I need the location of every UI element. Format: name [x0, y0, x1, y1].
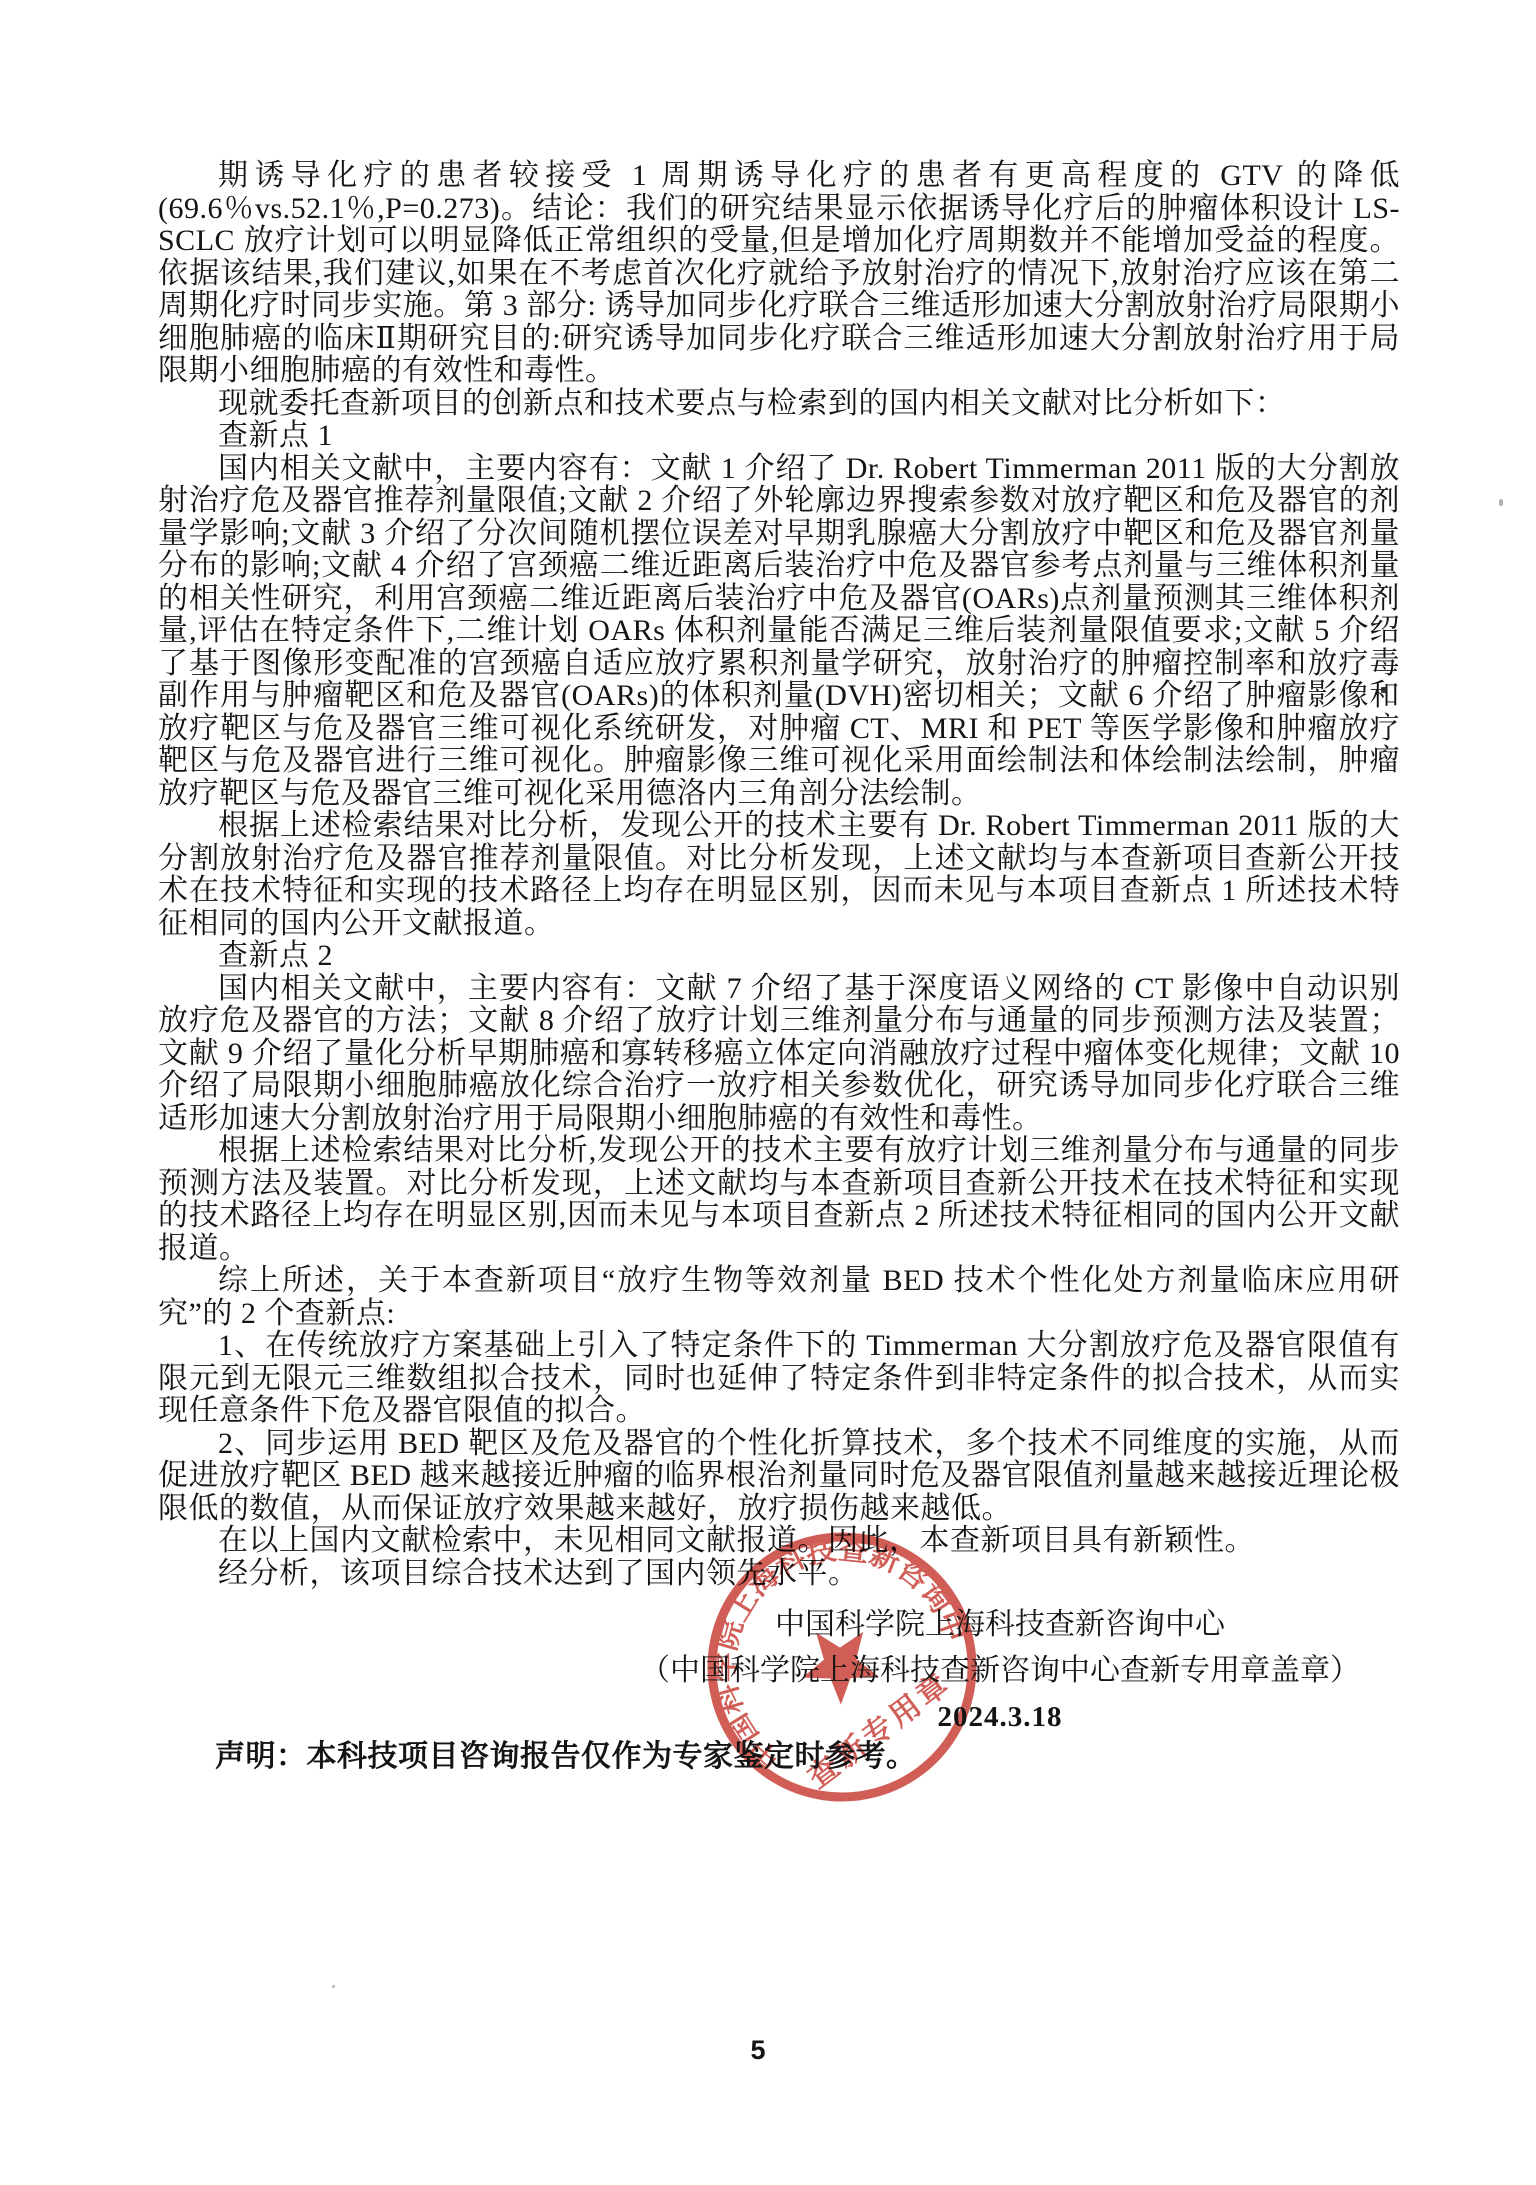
signature-block: 中国科学院上海科技查新咨询中心 （中国科学院上海科技查新咨询中心查新专用章盖章）… [520, 1602, 1480, 1740]
summary-intro: 综上所述，关于本查新项目“放疗生物等效剂量 BED 技术个性化处方剂量临床应用研… [158, 1265, 1400, 1330]
level-conclusion: 经分析，该项目综合技术达到了国内领先水平。 [158, 1558, 1400, 1591]
novelty-conclusion: 在以上国内文献检索中，未见相同文献报道。因此，本查新项目具有新颖性。 [158, 1525, 1400, 1558]
disclaimer-statement: 声明：本科技项目咨询报告仅作为专家鉴定时参考。 [158, 1731, 1138, 1775]
novelty-point-2-heading: 查新点 2 [158, 940, 1400, 973]
report-body: 期诱导化疗的患者较接受 1 周期诱导化疗的患者有更高程度的 GTV 的降低(69… [158, 160, 1400, 1590]
seal-note: （中国科学院上海科技查新咨询中心查新专用章盖章） [520, 1648, 1480, 1694]
novelty-point-1-heading: 查新点 1 [158, 420, 1400, 453]
issuing-organization: 中国科学院上海科技查新咨询中心 [520, 1602, 1480, 1648]
novelty-point-2-literature: 国内相关文献中，主要内容有：文献 7 介绍了基于深度语义网络的 CT 影像中自动… [158, 973, 1400, 1136]
page-number: 5 [730, 2035, 786, 2066]
scan-artifact-speck [1499, 499, 1503, 506]
novelty-point-2-conclusion: 根据上述检索结果对比分析,发现公开的技术主要有放疗计划三维剂量分布与通量的同步预… [158, 1135, 1400, 1265]
document-page: 期诱导化疗的患者较接受 1 周期诱导化疗的患者有更高程度的 GTV 的降低(69… [0, 0, 1536, 2185]
summary-point-2: 2、同步运用 BED 靶区及危及器官的个性化折算技术，多个技术不同维度的实施，从… [158, 1428, 1400, 1526]
body-paragraph-intro: 现就委托查新项目的创新点和技术要点与检索到的国内相关文献对比分析如下： [158, 388, 1400, 421]
summary-point-1: 1、在传统放疗方案基础上引入了特定条件下的 Timmerman 大分割放疗危及器… [158, 1330, 1400, 1428]
novelty-point-1-conclusion: 根据上述检索结果对比分析，发现公开的技术主要有 Dr. Robert Timme… [158, 810, 1400, 940]
novelty-point-1-literature: 国内相关文献中，主要内容有：文献 1 介绍了 Dr. Robert Timmer… [158, 453, 1400, 811]
scan-artifact-speck [1381, 687, 1387, 693]
scan-artifact-speck [332, 1985, 335, 1988]
body-paragraph-continuation: 期诱导化疗的患者较接受 1 周期诱导化疗的患者有更高程度的 GTV 的降低(69… [158, 160, 1400, 388]
